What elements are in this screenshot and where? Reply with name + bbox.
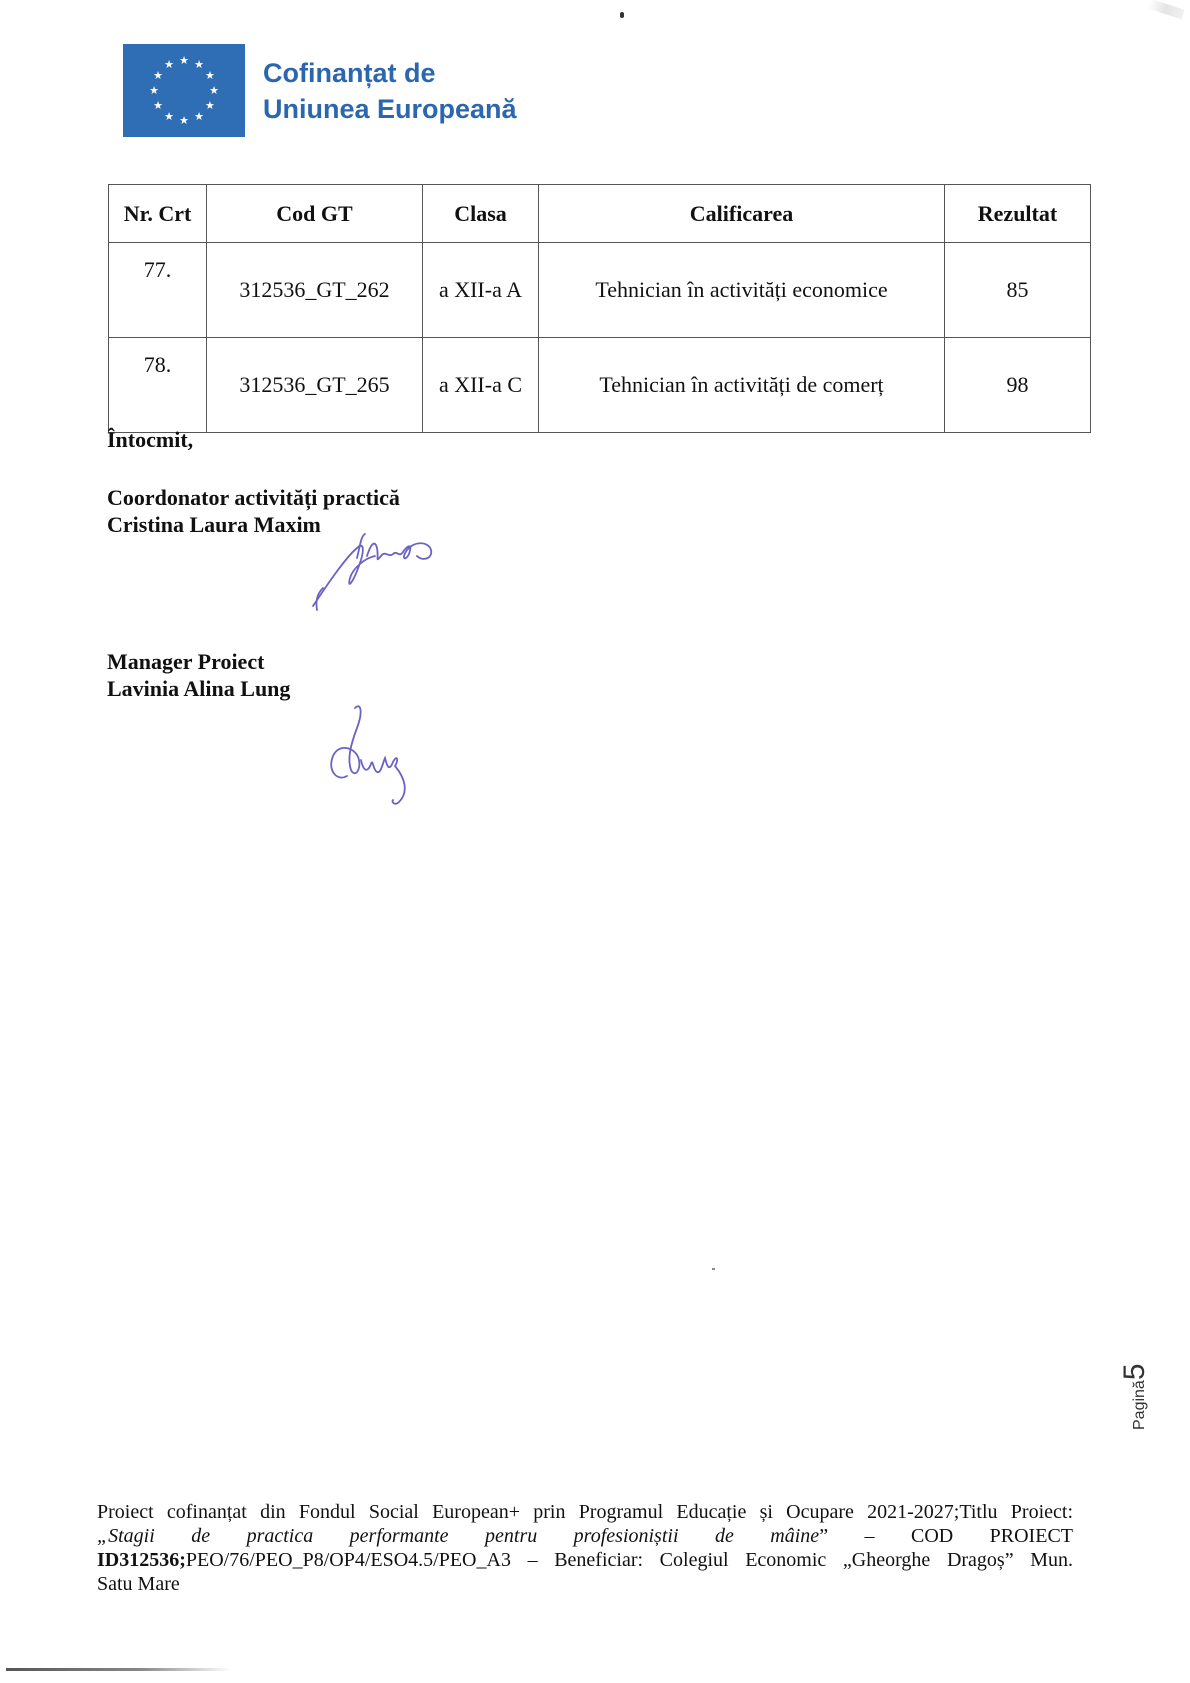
svg-text:★: ★ xyxy=(194,110,204,123)
cell-nr: 77. xyxy=(109,243,207,338)
svg-text:★: ★ xyxy=(164,110,174,123)
svg-text:★: ★ xyxy=(205,69,215,82)
logo-line-2: Uniunea Europeană xyxy=(263,91,517,127)
svg-text:★: ★ xyxy=(179,114,189,127)
svg-text:★: ★ xyxy=(149,84,159,97)
cell-rezultat: 98 xyxy=(945,338,1091,433)
page-label: Pagină xyxy=(1131,1380,1148,1430)
svg-text:★: ★ xyxy=(153,69,163,82)
project-code-label: ” – COD PROIECT xyxy=(819,1525,1073,1547)
coordinator-role: Coordonator activități practică xyxy=(107,484,400,511)
svg-text:★: ★ xyxy=(179,54,189,67)
footer-line-2: „Stagii de practica performante pentru p… xyxy=(97,1524,1073,1548)
footer-project-info: Proiect cofinanțat din Fondul Social Eur… xyxy=(97,1500,1073,1596)
footer-line-1: Proiect cofinanțat din Fondul Social Eur… xyxy=(97,1500,1073,1524)
eu-cofunding-logo: ★★★★★★★★★★★★ Cofinanțat de Uniunea Europ… xyxy=(123,44,517,137)
col-rezultat: Rezultat xyxy=(945,185,1091,243)
project-title: „Stagii de practica performante pentru p… xyxy=(97,1525,819,1547)
results-table: Nr. Crt Cod GT Clasa Calificarea Rezulta… xyxy=(108,184,1091,433)
eu-flag-icon: ★★★★★★★★★★★★ xyxy=(123,44,245,137)
col-nr-crt: Nr. Crt xyxy=(109,185,207,243)
logo-line-1: Cofinanțat de xyxy=(263,55,517,91)
coordinator-signature xyxy=(305,528,455,618)
beneficiary-info: PEO/76/PEO_P8/OP4/ESO4.5/PEO_A3 – Benefi… xyxy=(186,1549,1073,1571)
scan-artifact xyxy=(620,12,624,18)
manager-name: Lavinia Alina Lung xyxy=(107,675,290,702)
svg-text:★: ★ xyxy=(194,58,204,71)
table-row: 77. 312536_GT_262 a XII-a A Tehnician în… xyxy=(109,243,1091,338)
footer-line-4: Satu Mare xyxy=(97,1572,1073,1596)
cell-calificarea: Tehnician în activități economice xyxy=(539,243,945,338)
svg-text:★: ★ xyxy=(153,99,163,112)
cell-nr: 78. xyxy=(109,338,207,433)
manager-block: Manager Proiect Lavinia Alina Lung xyxy=(107,648,290,702)
prepared-by-label: Întocmit, xyxy=(107,426,193,453)
cell-clasa: a XII-a C xyxy=(423,338,539,433)
page-number: Pagină5 xyxy=(1118,1363,1152,1430)
table-header-row: Nr. Crt Cod GT Clasa Calificarea Rezulta… xyxy=(109,185,1091,243)
manager-role: Manager Proiect xyxy=(107,648,290,675)
svg-text:★: ★ xyxy=(205,99,215,112)
manager-signature xyxy=(325,700,425,810)
table-row: 78. 312536_GT_265 a XII-a C Tehnician în… xyxy=(109,338,1091,433)
cell-clasa: a XII-a A xyxy=(423,243,539,338)
svg-text:★: ★ xyxy=(209,84,219,97)
footer-line-3: ID312536;PEO/76/PEO_P8/OP4/ESO4.5/PEO_A3… xyxy=(97,1548,1073,1572)
cell-cod: 312536_GT_265 xyxy=(207,338,423,433)
cell-calificarea: Tehnician în activități de comerț xyxy=(539,338,945,433)
scan-artifact xyxy=(1147,0,1184,19)
svg-text:★: ★ xyxy=(164,58,174,71)
bottom-rule xyxy=(6,1668,231,1671)
page-number-value: 5 xyxy=(1118,1363,1151,1380)
project-id: ID312536; xyxy=(97,1549,186,1571)
cell-cod: 312536_GT_262 xyxy=(207,243,423,338)
col-cod-gt: Cod GT xyxy=(207,185,423,243)
col-clasa: Clasa xyxy=(423,185,539,243)
cell-rezultat: 85 xyxy=(945,243,1091,338)
scan-artifact xyxy=(712,1268,715,1270)
eu-cofunding-text: Cofinanțat de Uniunea Europeană xyxy=(263,55,517,127)
col-calificarea: Calificarea xyxy=(539,185,945,243)
